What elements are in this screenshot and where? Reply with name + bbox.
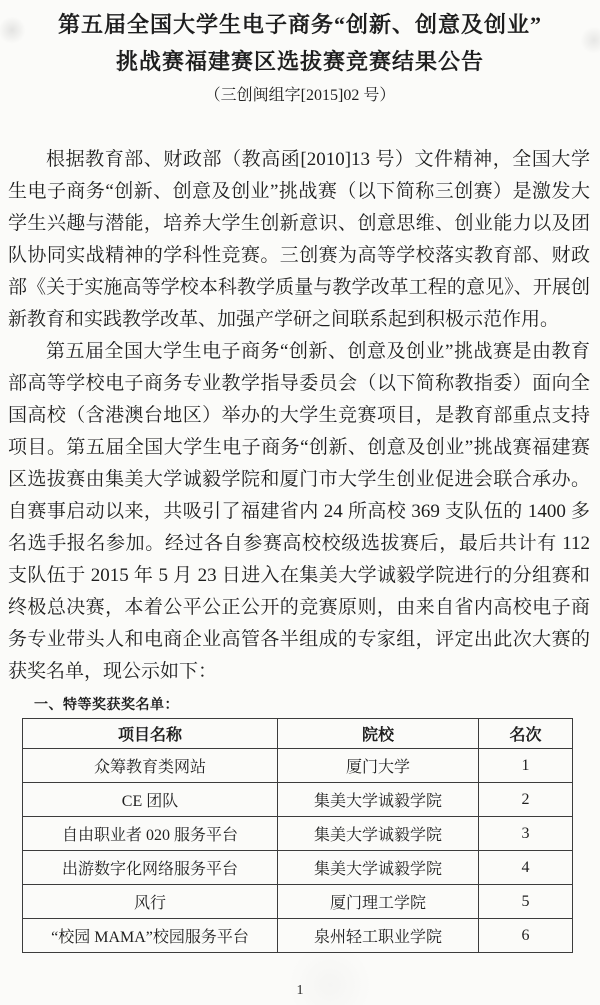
cell-school: 集美大学诚毅学院 <box>278 783 479 817</box>
paragraph-1: 根据教育部、财政部（教高函[2010]13 号）文件精神，全国大学生电子商务“创… <box>8 144 590 336</box>
table-row: 出游数字化网络服务平台 集美大学诚毅学院 4 <box>23 851 573 885</box>
cell-rank: 6 <box>479 919 573 953</box>
document-page: 第五届全国大学生电子商务“创新、创意及创业” 挑战赛福建赛区选拔赛竞赛结果公告 … <box>0 0 600 1005</box>
cell-project-name: “校园 MAMA”校园服务平台 <box>23 919 278 953</box>
table-row: 自由职业者 020 服务平台 集美大学诚毅学院 3 <box>23 817 573 851</box>
table-row: “校园 MAMA”校园服务平台 泉州轻工职业学院 6 <box>23 919 573 953</box>
cell-school: 厦门大学 <box>278 749 479 783</box>
table-row: 风行 厦门理工学院 5 <box>23 885 573 919</box>
column-header-project-name: 项目名称 <box>23 719 278 749</box>
document-number: （三创闽组字[2015]02 号） <box>0 85 600 107</box>
table-header-row: 项目名称 院校 名次 <box>23 719 573 749</box>
cell-rank: 3 <box>479 817 573 851</box>
cell-rank: 5 <box>479 885 573 919</box>
cell-rank: 1 <box>479 749 573 783</box>
cell-rank: 2 <box>479 783 573 817</box>
document-title-line2: 挑战赛福建赛区选拔赛竞赛结果公告 <box>0 43 600 80</box>
section-heading-grand-prize: 一、特等奖获奖名单： <box>34 694 600 714</box>
cell-project-name: CE 团队 <box>23 783 278 817</box>
award-results-table: 项目名称 院校 名次 众筹教育类网站 厦门大学 1 CE 团队 集美大学诚毅学院… <box>22 718 573 953</box>
paragraph-2: 第五届全国大学生电子商务“创新、创意及创业”挑战赛是由教育部高等学校电子商务专业… <box>8 336 590 688</box>
cell-school: 集美大学诚毅学院 <box>278 817 479 851</box>
page-number: 1 <box>0 983 600 999</box>
cell-rank: 4 <box>479 851 573 885</box>
table-row: 众筹教育类网站 厦门大学 1 <box>23 749 573 783</box>
cell-school: 厦门理工学院 <box>278 885 479 919</box>
cell-project-name: 众筹教育类网站 <box>23 749 278 783</box>
cell-project-name: 出游数字化网络服务平台 <box>23 851 278 885</box>
document-header: 第五届全国大学生电子商务“创新、创意及创业” 挑战赛福建赛区选拔赛竞赛结果公告 … <box>0 0 600 107</box>
cell-school: 泉州轻工职业学院 <box>278 919 479 953</box>
document-body: 根据教育部、财政部（教高函[2010]13 号）文件精神，全国大学生电子商务“创… <box>8 144 590 688</box>
document-title-line1: 第五届全国大学生电子商务“创新、创意及创业” <box>0 6 600 43</box>
column-header-school: 院校 <box>278 719 479 749</box>
cell-project-name: 风行 <box>23 885 278 919</box>
cell-project-name: 自由职业者 020 服务平台 <box>23 817 278 851</box>
table-row: CE 团队 集美大学诚毅学院 2 <box>23 783 573 817</box>
cell-school: 集美大学诚毅学院 <box>278 851 479 885</box>
column-header-rank: 名次 <box>479 719 573 749</box>
